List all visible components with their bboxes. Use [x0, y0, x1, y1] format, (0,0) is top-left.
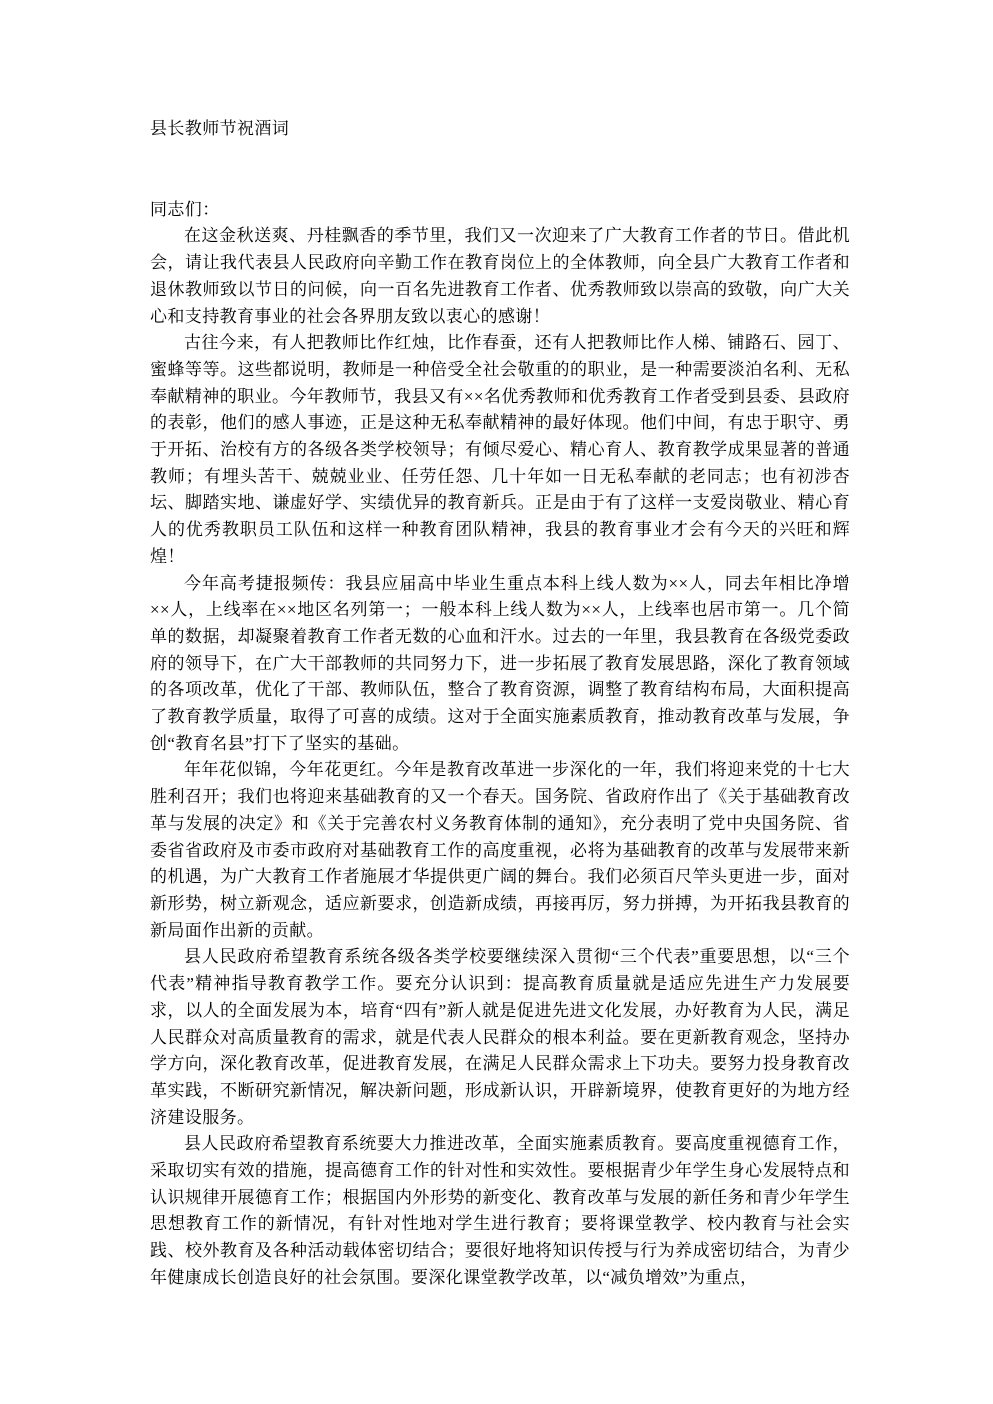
paragraph-reform-outlook: 年年花似锦，今年花更红。今年是教育改革进一步深化的一年，我们将迎来党的十七大胜利…	[150, 757, 850, 944]
document-content: 县长教师节祝酒词 同志们： 在这金秋送爽、丹桂飘香的季节里，我们又一次迎来了广大…	[150, 116, 850, 1292]
paragraph-exam-results: 今年高考捷报频传：我县应届高中毕业生重点本科上线人数为××人，同去年相比净增××…	[150, 571, 850, 758]
document-title: 县长教师节祝酒词	[150, 116, 850, 143]
salutation-line: 同志们：	[150, 197, 850, 224]
paragraph-moral-education: 县人民政府希望教育系统要大力推进改革，全面实施素质教育。要高度重视德育工作，采取…	[150, 1131, 850, 1291]
paragraph-teacher-praise: 古往今来，有人把教师比作红烛，比作春蚕，还有人把教师比作人梯、铺路石、园丁、蜜蜂…	[150, 330, 850, 570]
paragraph-three-represents: 县人民政府希望教育系统各级各类学校要继续深入贯彻“三个代表”重要思想，以“三个代…	[150, 944, 850, 1131]
document-page: 县长教师节祝酒词 同志们： 在这金秋送爽、丹桂飘香的季节里，我们又一次迎来了广大…	[0, 0, 993, 1404]
paragraph-greeting: 在这金秋送爽、丹桂飘香的季节里，我们又一次迎来了广大教育工作者的节日。借此机会，…	[150, 223, 850, 330]
